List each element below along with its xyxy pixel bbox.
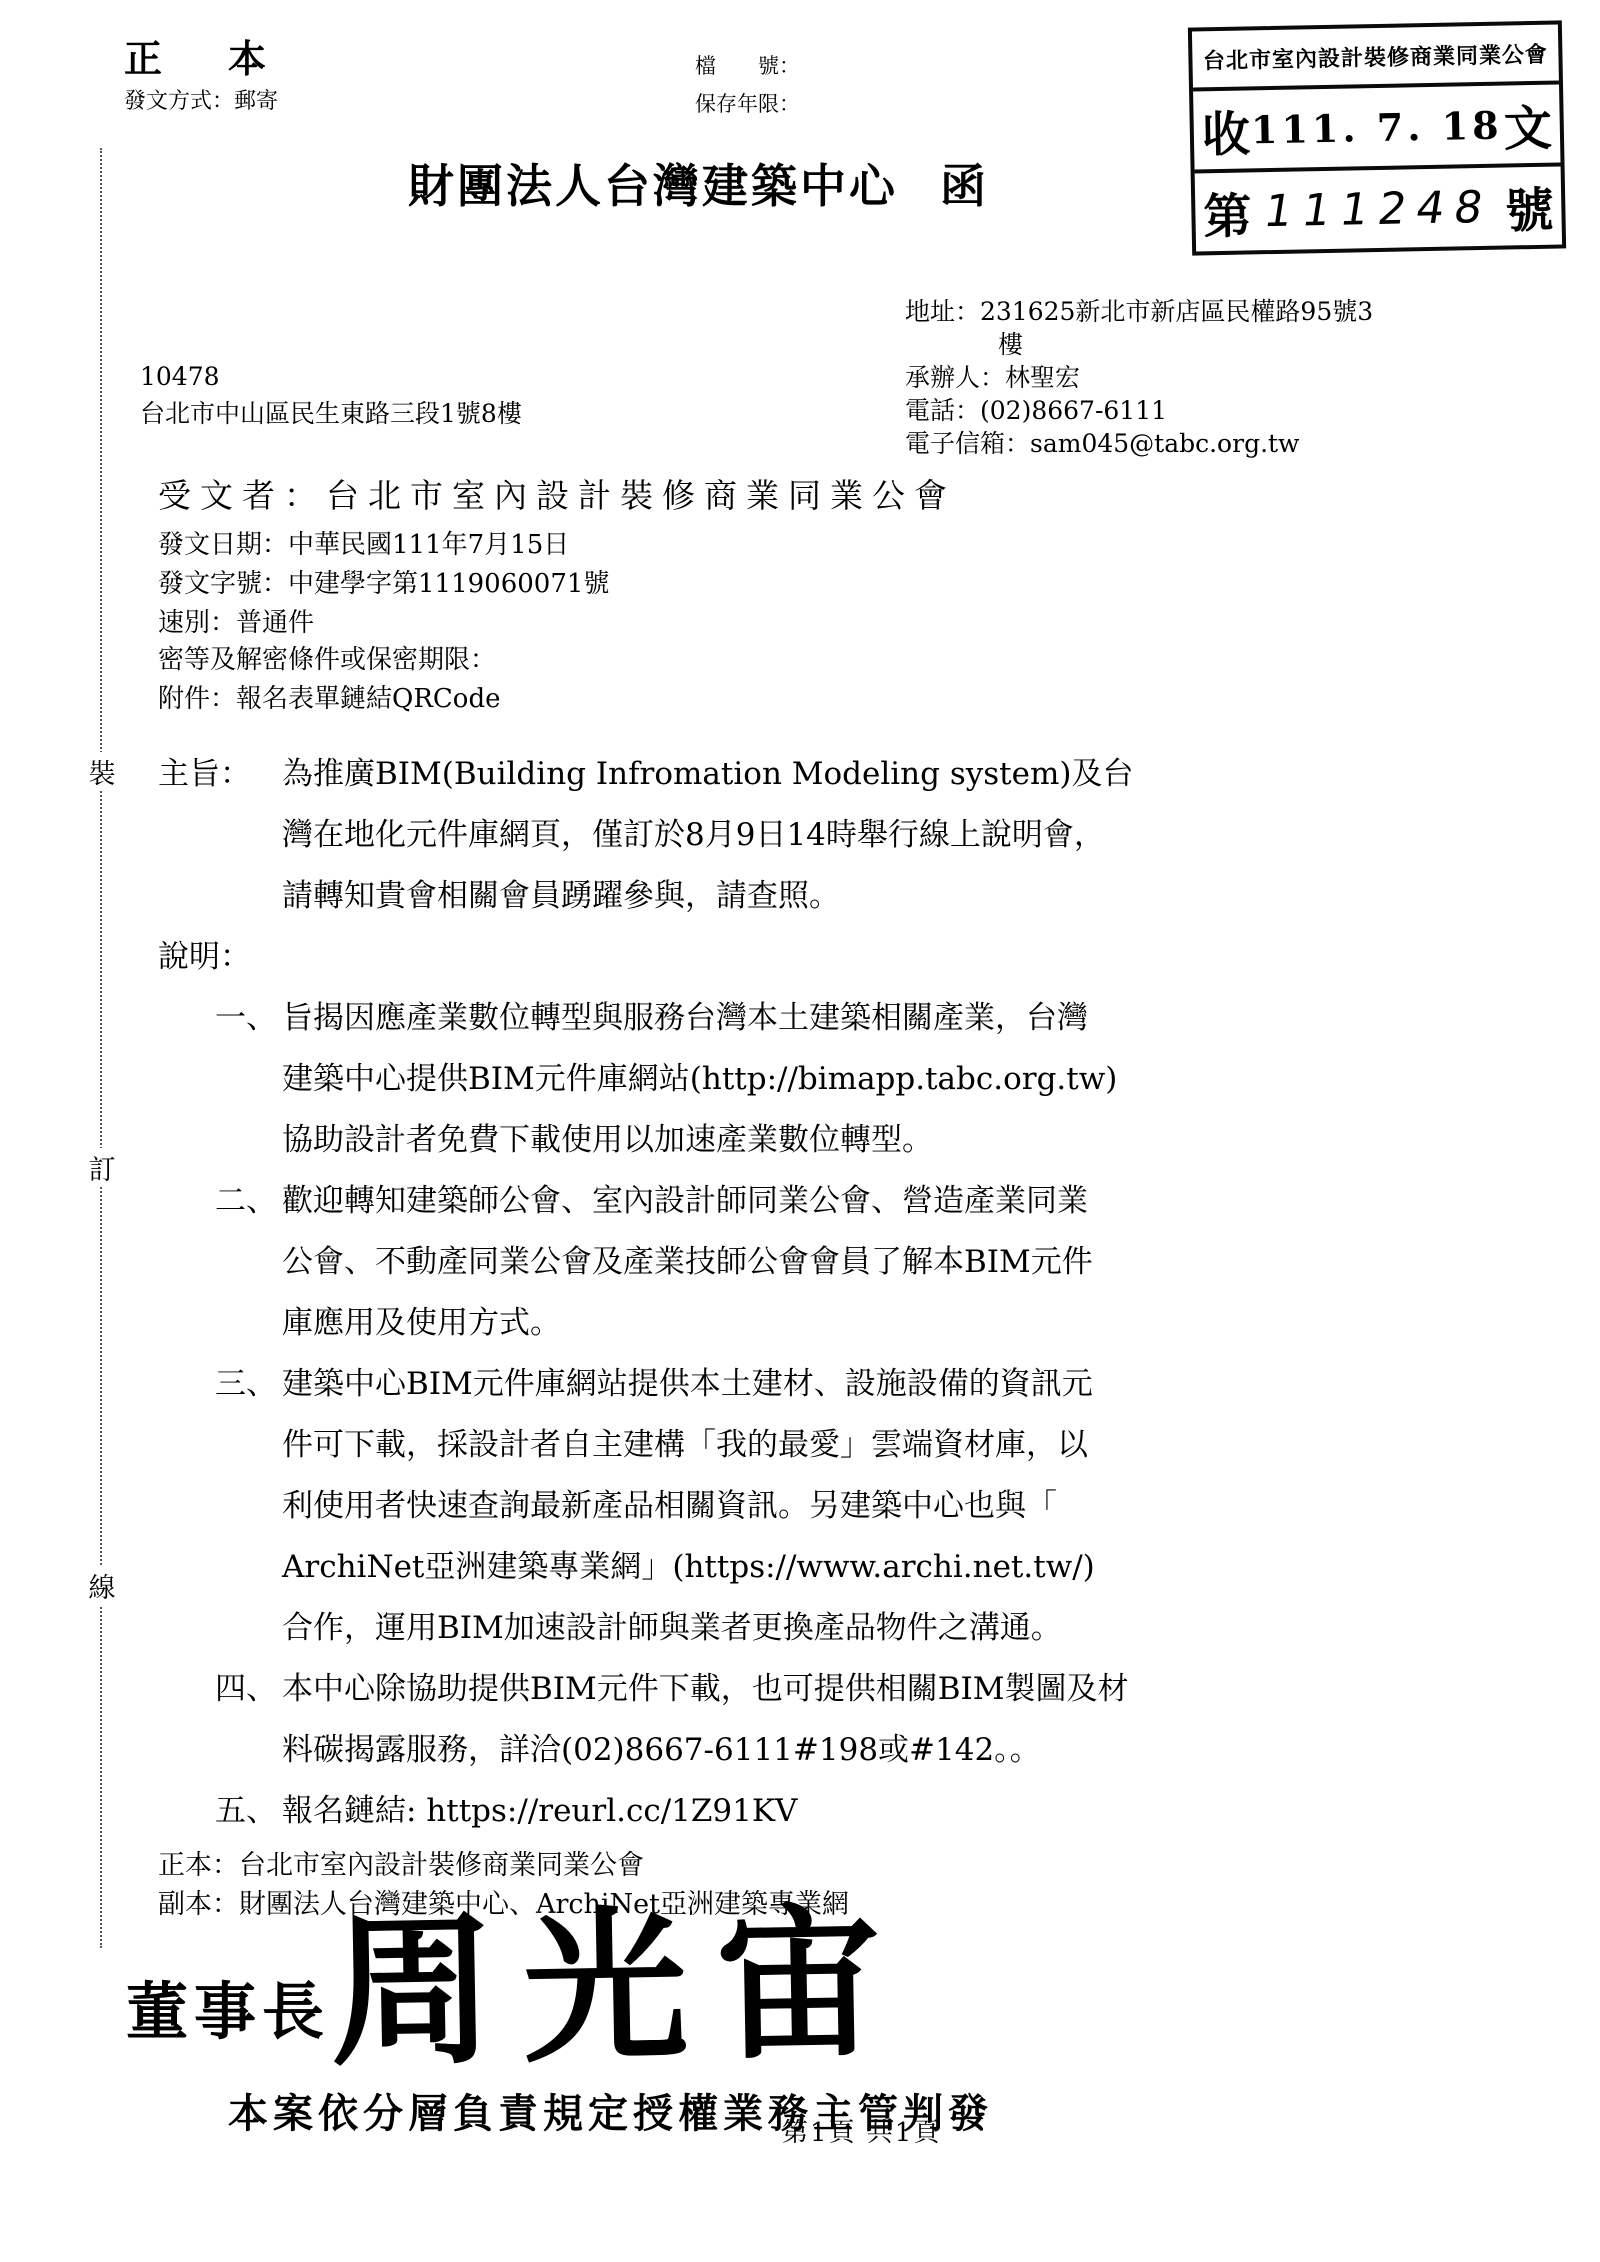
- item-line: 公會、不動產同業公會及產業技師公會會員了解本BIM元件: [158, 1232, 1558, 1293]
- item-line: 協助設計者免費下載使用以加速產業數位轉型。: [158, 1110, 1558, 1171]
- security-line: 密等及解密條件或保密期限：: [158, 639, 496, 676]
- item-line: 件可下載，採設計者自主建構「我的最愛」雲端資材庫，以: [158, 1415, 1558, 1476]
- sender-address-line1: 地址：231625新北市新店區民權路95號3: [905, 292, 1373, 328]
- attachment-line: 附件：報名表單鏈結QRCode: [158, 678, 500, 715]
- recipient-zip: 10478: [140, 362, 220, 391]
- subject-line: 請轉知貴會相關會員踴躍參與，請查照。: [158, 866, 1558, 927]
- doc-type: 函: [940, 150, 989, 216]
- signer-name-signature: 周光宙: [329, 1900, 911, 2075]
- stamp-doc-char: 文: [1503, 89, 1552, 159]
- item-line: 庫應用及使用方式。: [158, 1293, 1558, 1354]
- binding-mark-zhuang: 裝: [86, 752, 118, 791]
- recipient-address: 台北市中山區民生東路三段1號8樓: [140, 394, 522, 430]
- stamp-no-suffix: 號: [1505, 171, 1554, 241]
- doc-number-line: 發文字號：中建學字第1119060071號: [158, 563, 609, 600]
- item-line: 料碳揭露服務，詳洽(02)8667-6111#198或#142。。: [158, 1720, 1558, 1781]
- item-line: 建築中心提供BIM元件庫網站(http://bimapp.tabc.org.tw…: [158, 1049, 1558, 1110]
- item-line: 三、建築中心BIM元件庫網站提供本土建材、設施設備的資訊元: [158, 1354, 1558, 1415]
- item-line: 五、報名鏈結: https://reurl.cc/1Z91KV: [158, 1781, 1558, 1842]
- delivery-method: 發文方式：郵寄: [124, 84, 278, 115]
- page-number: 第1頁 共1頁: [782, 2112, 941, 2149]
- item-number: 二、: [215, 1171, 282, 1232]
- original-copy-line: 正本：台北市室內設計裝修商業同業公會: [158, 1843, 644, 1882]
- item-line: 二、歡迎轉知建築師公會、室內設計師同業公會、營造產業同業: [158, 1171, 1558, 1232]
- item-number: 三、: [215, 1354, 282, 1415]
- registration-link: 報名鏈結: https://reurl.cc/1Z91KV: [282, 1793, 797, 1829]
- stamp-receive-row: 收 111. 7. 18 文: [1193, 84, 1561, 173]
- item-line: 利使用者快速查詢最新產品相關資訊。另建築中心也與「: [158, 1476, 1558, 1537]
- binding-dotted-line: [100, 148, 102, 1948]
- sender-phone: 電話：(02)8667-6111: [905, 391, 1167, 427]
- stamp-number-row: 第 111248 號: [1195, 166, 1562, 251]
- sender-email: 電子信箱：sam045@tabc.org.tw: [905, 424, 1299, 460]
- subject-line: 灣在地化元件庫網頁，僅訂於8月9日14時舉行線上說明會，: [158, 805, 1558, 866]
- item-line: 合作，運用BIM加速設計師與業者更換產品物件之溝通。: [158, 1598, 1558, 1659]
- stamp-no-prefix: 第: [1203, 177, 1252, 247]
- letter-body: 主旨：為推廣BIM(Building Infromation Modeling …: [158, 744, 1558, 1842]
- stamp-receive-char: 收: [1201, 95, 1250, 165]
- stamp-org: 台北市室內設計裝修商業同業公會: [1192, 25, 1559, 92]
- subject-line: 主旨：為推廣BIM(Building Infromation Modeling …: [158, 744, 1558, 805]
- subject-label: 主旨：: [158, 744, 282, 805]
- document-title: 財團法人台灣建築中心函: [408, 150, 989, 216]
- item-number: 五、: [215, 1781, 282, 1842]
- scanned-official-letter: 裝 訂 線 正 本 發文方式：郵寄 檔 號： 保存年限： 台北市室內設計裝修商業…: [0, 0, 1600, 2262]
- binding-mark-ding: 訂: [86, 1148, 118, 1187]
- file-no-label: 檔 號：: [695, 50, 800, 80]
- item-number: 四、: [215, 1659, 282, 1720]
- retention-label: 保存年限：: [695, 88, 800, 118]
- recipient-line: 受文者：台北市室內設計裝修商業同業公會: [158, 470, 956, 517]
- received-stamp: 台北市室內設計裝修商業同業公會 收 111. 7. 18 文 第 111248 …: [1188, 20, 1566, 255]
- copy-type-label: 正 本: [124, 28, 280, 83]
- issue-date-line: 發文日期：中華民國111年7月15日: [158, 524, 569, 561]
- item-number: 一、: [215, 988, 282, 1049]
- item-line: 一、旨揭因應產業數位轉型與服務台灣本土建築相關產業，台灣: [158, 988, 1558, 1049]
- signer-title: 董事長: [126, 1962, 330, 2051]
- sender-address-line2: 樓: [998, 325, 1023, 361]
- speed-line: 速別：普通件: [158, 602, 314, 639]
- stamp-number: 111248: [1247, 181, 1509, 237]
- stamp-date: 111. 7. 18: [1249, 102, 1504, 152]
- item-line: ArchiNet亞洲建築專業網」(https://www.archi.net.t…: [158, 1537, 1558, 1598]
- binding-mark-xian: 線: [86, 1566, 118, 1605]
- item-line: 四、本中心除協助提供BIM元件下載，也可提供相關BIM製圖及材: [158, 1659, 1558, 1720]
- issuer-name: 財團法人台灣建築中心: [408, 159, 898, 213]
- sender-contact-person: 承辦人：林聖宏: [905, 358, 1080, 394]
- explanation-label: 說明：: [158, 927, 1558, 988]
